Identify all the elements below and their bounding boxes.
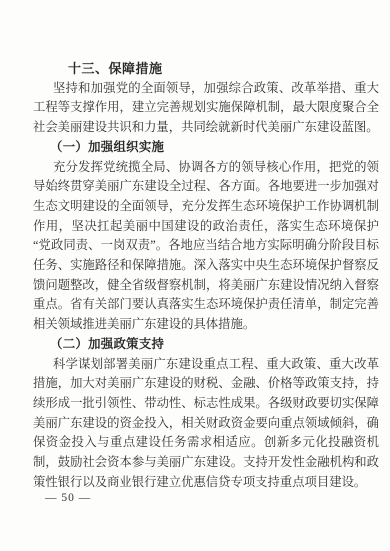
paragraph-organization: 充分发挥党统揽全局、协调各方的领导核心作用，把党的领导始终贯穿美丽广东建设全过程…	[33, 158, 379, 335]
subsection-heading-1: （一）加强组织实施	[33, 138, 379, 158]
paragraph-intro: 坚持和加强党的全面领导，加强综合政策、改革举措、重大工程等支撑作用，建立完善规划…	[33, 79, 379, 138]
subsection-heading-2: （二）加强政策支持	[33, 335, 379, 355]
section-heading: 十三、保障措施	[33, 59, 379, 79]
document-content: 十三、保障措施 坚持和加强党的全面领导，加强综合政策、改革举措、重大工程等支撑作…	[33, 59, 379, 492]
page-number: — 50 —	[45, 492, 91, 504]
paragraph-policy: 科学谋划部署美丽广东建设重点工程、重大政策、重大改革措施，加大对美丽广东建设的财…	[33, 355, 379, 493]
document-page: 十三、保障措施 坚持和加强党的全面领导，加强综合政策、改革举措、重大工程等支撑作…	[0, 0, 390, 551]
